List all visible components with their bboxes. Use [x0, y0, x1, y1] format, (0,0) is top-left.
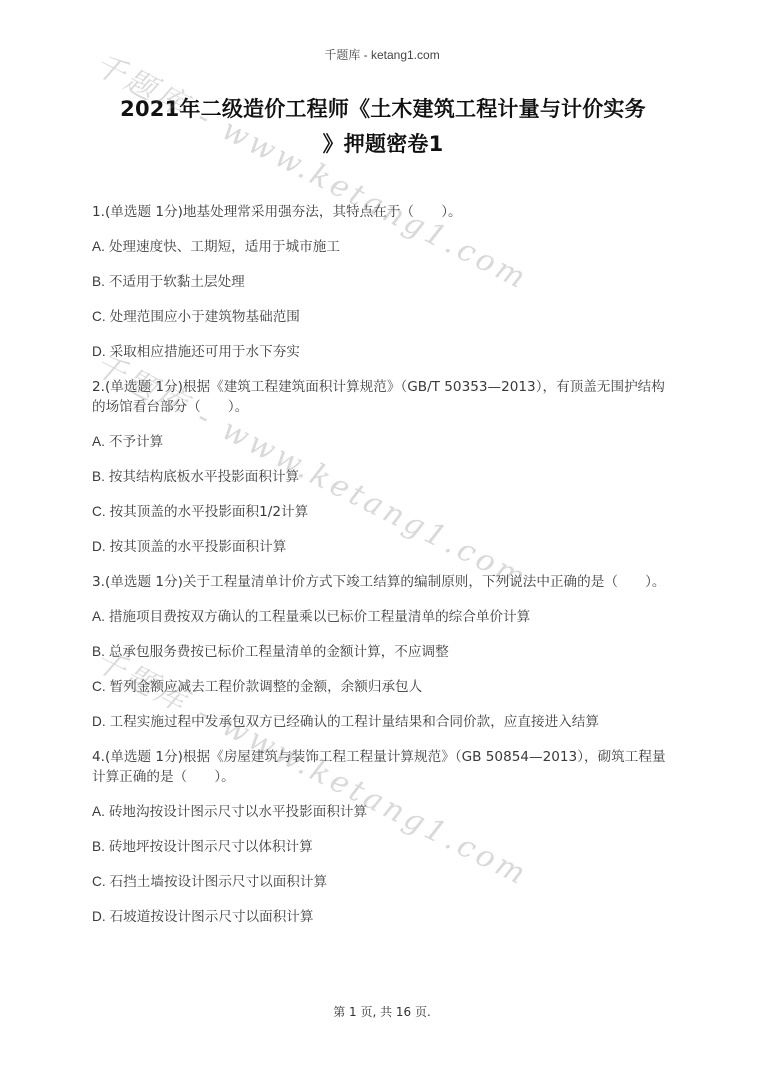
question-stem: 3.(单选题 1分)关于工程量清单计价方式下竣工结算的编制原则，下列说法中正确的…: [92, 572, 672, 592]
option-b: B.不适用于软黏土层处理: [92, 272, 672, 292]
question-stem: 2.(单选题 1分)根据《建筑工程建筑面积计算规范》（GB/T 50353—20…: [92, 377, 672, 417]
option-text: 按其顶盖的水平投影面积1/2计算: [110, 504, 309, 520]
option-letter: A.: [92, 804, 105, 819]
option-text: 处理速度快、工期短，适用于城市施工: [109, 239, 340, 255]
document-title: 2021年二级造价工程师《土木建筑工程计量与计价实务 》押题密卷1: [92, 92, 674, 162]
option-text: 砖地坪按设计图示尺寸以体积计算: [109, 839, 313, 855]
option-letter: D.: [92, 344, 106, 359]
option-d: D.工程实施过程中发承包双方已经确认的工程计量结果和合同价款，应直接进入结算: [92, 712, 672, 732]
option-b: B.砖地坪按设计图示尺寸以体积计算: [92, 837, 672, 857]
option-letter: A.: [92, 239, 105, 254]
question-stem: 1.(单选题 1分)地基处理常采用强夯法，其特点在于（ ）。: [92, 202, 672, 222]
option-d: D.采取相应措施还可用于水下夯实: [92, 342, 672, 362]
option-text: 不适用于软黏土层处理: [109, 274, 245, 290]
option-letter: D.: [92, 714, 106, 729]
question-4: 4.(单选题 1分)根据《房屋建筑与装饰工程工程量计算规范》（GB 50854—…: [92, 747, 672, 927]
option-text: 不予计算: [109, 434, 163, 450]
option-b: B.总承包服务费按已标价工程量清单的金额计算，不应调整: [92, 642, 672, 662]
option-c: C.暂列金额应减去工程价款调整的金额，余额归承包人: [92, 677, 672, 697]
option-a: A.不予计算: [92, 432, 672, 452]
option-letter: B.: [92, 469, 105, 484]
option-text: 采取相应措施还可用于水下夯实: [110, 344, 300, 360]
option-text: 按其顶盖的水平投影面积计算: [110, 539, 287, 555]
option-text: 总承包服务费按已标价工程量清单的金额计算，不应调整: [109, 644, 449, 660]
option-text: 石坡道按设计图示尺寸以面积计算: [110, 909, 314, 925]
option-d: D.石坡道按设计图示尺寸以面积计算: [92, 907, 672, 927]
document-title-line-2: 》押题密卷1: [92, 127, 674, 162]
option-b: B.按其结构底板水平投影面积计算: [92, 467, 672, 487]
question-list: 1.(单选题 1分)地基处理常采用强夯法，其特点在于（ ）。 A.处理速度快、工…: [92, 202, 672, 942]
option-a: A.砖地沟按设计图示尺寸以水平投影面积计算: [92, 802, 672, 822]
option-letter: D.: [92, 539, 106, 554]
option-letter: A.: [92, 434, 105, 449]
option-letter: B.: [92, 644, 105, 659]
option-letter: C.: [92, 874, 106, 889]
option-letter: B.: [92, 839, 105, 854]
option-a: A.处理速度快、工期短，适用于城市施工: [92, 237, 672, 257]
question-2: 2.(单选题 1分)根据《建筑工程建筑面积计算规范》（GB/T 50353—20…: [92, 377, 672, 557]
option-d: D.按其顶盖的水平投影面积计算: [92, 537, 672, 557]
option-letter: C.: [92, 679, 106, 694]
page-footer-pagination: 第 1 页, 共 16 页.: [0, 1003, 764, 1020]
option-letter: B.: [92, 274, 105, 289]
option-letter: C.: [92, 309, 106, 324]
option-text: 暂列金额应减去工程价款调整的金额，余额归承包人: [110, 679, 423, 695]
question-1: 1.(单选题 1分)地基处理常采用强夯法，其特点在于（ ）。 A.处理速度快、工…: [92, 202, 672, 362]
option-text: 按其结构底板水平投影面积计算: [109, 469, 299, 485]
option-a: A.措施项目费按双方确认的工程量乘以已标价工程量清单的综合单价计算: [92, 607, 672, 627]
question-3: 3.(单选题 1分)关于工程量清单计价方式下竣工结算的编制原则，下列说法中正确的…: [92, 572, 672, 732]
option-text: 处理范围应小于建筑物基础范围: [110, 309, 300, 325]
option-text: 工程实施过程中发承包双方已经确认的工程计量结果和合同价款，应直接进入结算: [110, 714, 599, 730]
option-text: 砖地沟按设计图示尺寸以水平投影面积计算: [109, 804, 367, 820]
option-letter: C.: [92, 504, 106, 519]
option-c: C.处理范围应小于建筑物基础范围: [92, 307, 672, 327]
document-title-line-1: 2021年二级造价工程师《土木建筑工程计量与计价实务: [92, 92, 674, 127]
option-c: C.按其顶盖的水平投影面积1/2计算: [92, 502, 672, 522]
option-c: C.石挡土墙按设计图示尺寸以面积计算: [92, 872, 672, 892]
option-text: 措施项目费按双方确认的工程量乘以已标价工程量清单的综合单价计算: [109, 609, 530, 625]
option-letter: D.: [92, 909, 106, 924]
option-letter: A.: [92, 609, 105, 624]
option-text: 石挡土墙按设计图示尺寸以面积计算: [110, 874, 328, 890]
page-header-site: 千题库 - ketang1.com: [0, 46, 764, 63]
question-stem: 4.(单选题 1分)根据《房屋建筑与装饰工程工程量计算规范》（GB 50854—…: [92, 747, 672, 787]
